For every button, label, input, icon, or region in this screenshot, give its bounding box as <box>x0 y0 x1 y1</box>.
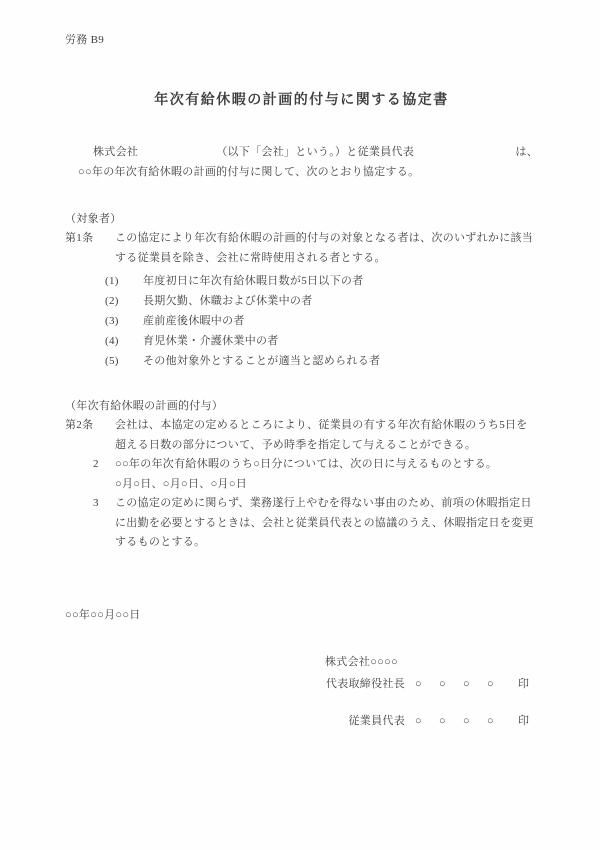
article2-paragraph2: 2 ○○年の年次有給休暇のうち○日分については、次の日に与えるものとする。 <box>93 455 538 475</box>
preamble-line2: ○○年の年次有給休暇の計画的付与に関して、次のとおり協定する。 <box>78 162 538 182</box>
employee-rep-title-label: 従業員代表 <box>325 710 405 732</box>
signature-row-president: 代表取締役社長 ○ ○ ○ ○ 印 <box>325 673 538 695</box>
signature-row-employee-rep: 従業員代表 ○ ○ ○ ○ 印 <box>325 710 538 732</box>
list-item-text: 年度初日に年次有給休暇日数が5日以下の者 <box>143 271 538 291</box>
paragraph2-number: 2 <box>93 455 107 475</box>
article2-clause: 第2条 会社は、本協定の定めるところにより、従業員の有する年次有給休暇のうち5日… <box>65 416 538 455</box>
signature-block: 株式会社○○○○ 代表取締役社長 ○ ○ ○ ○ 印 従業員代表 ○ ○ ○ ○… <box>325 651 538 732</box>
doc-code: 労務 B9 <box>65 30 538 50</box>
list-item-text: 育児休業・介護休業中の者 <box>143 331 538 351</box>
article1-items: (1) 年度初日に年次有給休暇日数が5日以下の者 (2) 長期欠勤、休職および休… <box>65 271 538 371</box>
list-item: (3) 産前産後休暇中の者 <box>105 311 538 331</box>
list-item: (1) 年度初日に年次有給休暇日数が5日以下の者 <box>105 271 538 291</box>
article1-clause: 第1条 この協定により年次有給休暇の計画的付与の対象となる者は、次のいずれかに該… <box>65 229 538 268</box>
list-item: (2) 長期欠勤、休職および休業中の者 <box>105 291 538 311</box>
agreement-date: ○○年○○月○○日 <box>65 605 538 625</box>
list-item: (5) その他対象外とすることが適当と認められる者 <box>105 351 538 371</box>
article1-number: 第1条 <box>65 229 101 249</box>
president-title-label: 代表取締役社長 <box>325 673 405 695</box>
president-seal-mark: 印 <box>518 673 529 695</box>
article1-body: この協定により年次有給休暇の計画的付与の対象となる者は、次のいずれかに該当する従… <box>115 229 538 268</box>
preamble: 株式会社 （以下「会社」という。）と従業員代表 は、 ○○年の年次有給休暇の計画… <box>65 142 538 182</box>
signature-company-name: 株式会社○○○○ <box>325 651 538 673</box>
paragraph2-text: ○○年の年次有給休暇のうち○日分については、次の日に与えるものとする。 <box>115 455 538 475</box>
document-page: 労務 B9 年次有給休暇の計画的付与に関する協定書 株式会社 （以下「会社」とい… <box>0 0 600 850</box>
list-item-number: (5) <box>105 351 131 371</box>
list-item-text: その他対象外とすることが適当と認められる者 <box>143 351 538 371</box>
preamble-line1: 株式会社 （以下「会社」という。）と従業員代表 は、 <box>65 142 538 162</box>
president-name-placeholder: ○ ○ ○ ○ <box>415 673 494 695</box>
preamble-mid-text: （以下「会社」という。）と従業員代表 <box>216 142 414 162</box>
document-title: 年次有給休暇の計画的付与に関する協定書 <box>65 92 538 110</box>
list-item-number: (3) <box>105 311 131 331</box>
article1-heading: （対象者） <box>65 209 538 229</box>
list-item-text: 産前産後休暇中の者 <box>143 311 538 331</box>
designated-dates: ○月○日、○月○日、○月○日 <box>115 475 538 495</box>
employee-rep-name-placeholder: ○ ○ ○ ○ <box>415 710 494 732</box>
paragraph3-number: 3 <box>93 494 107 553</box>
preamble-tail-text: は、 <box>515 142 538 162</box>
list-item-number: (4) <box>105 331 131 351</box>
company-label: 株式会社 <box>93 142 138 162</box>
list-item-number: (1) <box>105 271 131 291</box>
paragraph3-text: この協定の定めに関らず、業務遂行上やむを得ない事由のため、前項の休暇指定日に出勤… <box>115 494 538 553</box>
list-item-text: 長期欠勤、休職および休業中の者 <box>143 291 538 311</box>
article2-paragraph1: 会社は、本協定の定めるところにより、従業員の有する年次有給休暇のうち5日を超える… <box>115 416 538 455</box>
list-item-number: (2) <box>105 291 131 311</box>
article2-paragraph3: 3 この協定の定めに関らず、業務遂行上やむを得ない事由のため、前項の休暇指定日に… <box>93 494 538 553</box>
article2-heading: （年次有給休暇の計画的付与） <box>65 396 538 416</box>
article2-number: 第2条 <box>65 416 101 436</box>
employee-rep-seal-mark: 印 <box>518 710 529 732</box>
list-item: (4) 育児休業・介護休業中の者 <box>105 331 538 351</box>
